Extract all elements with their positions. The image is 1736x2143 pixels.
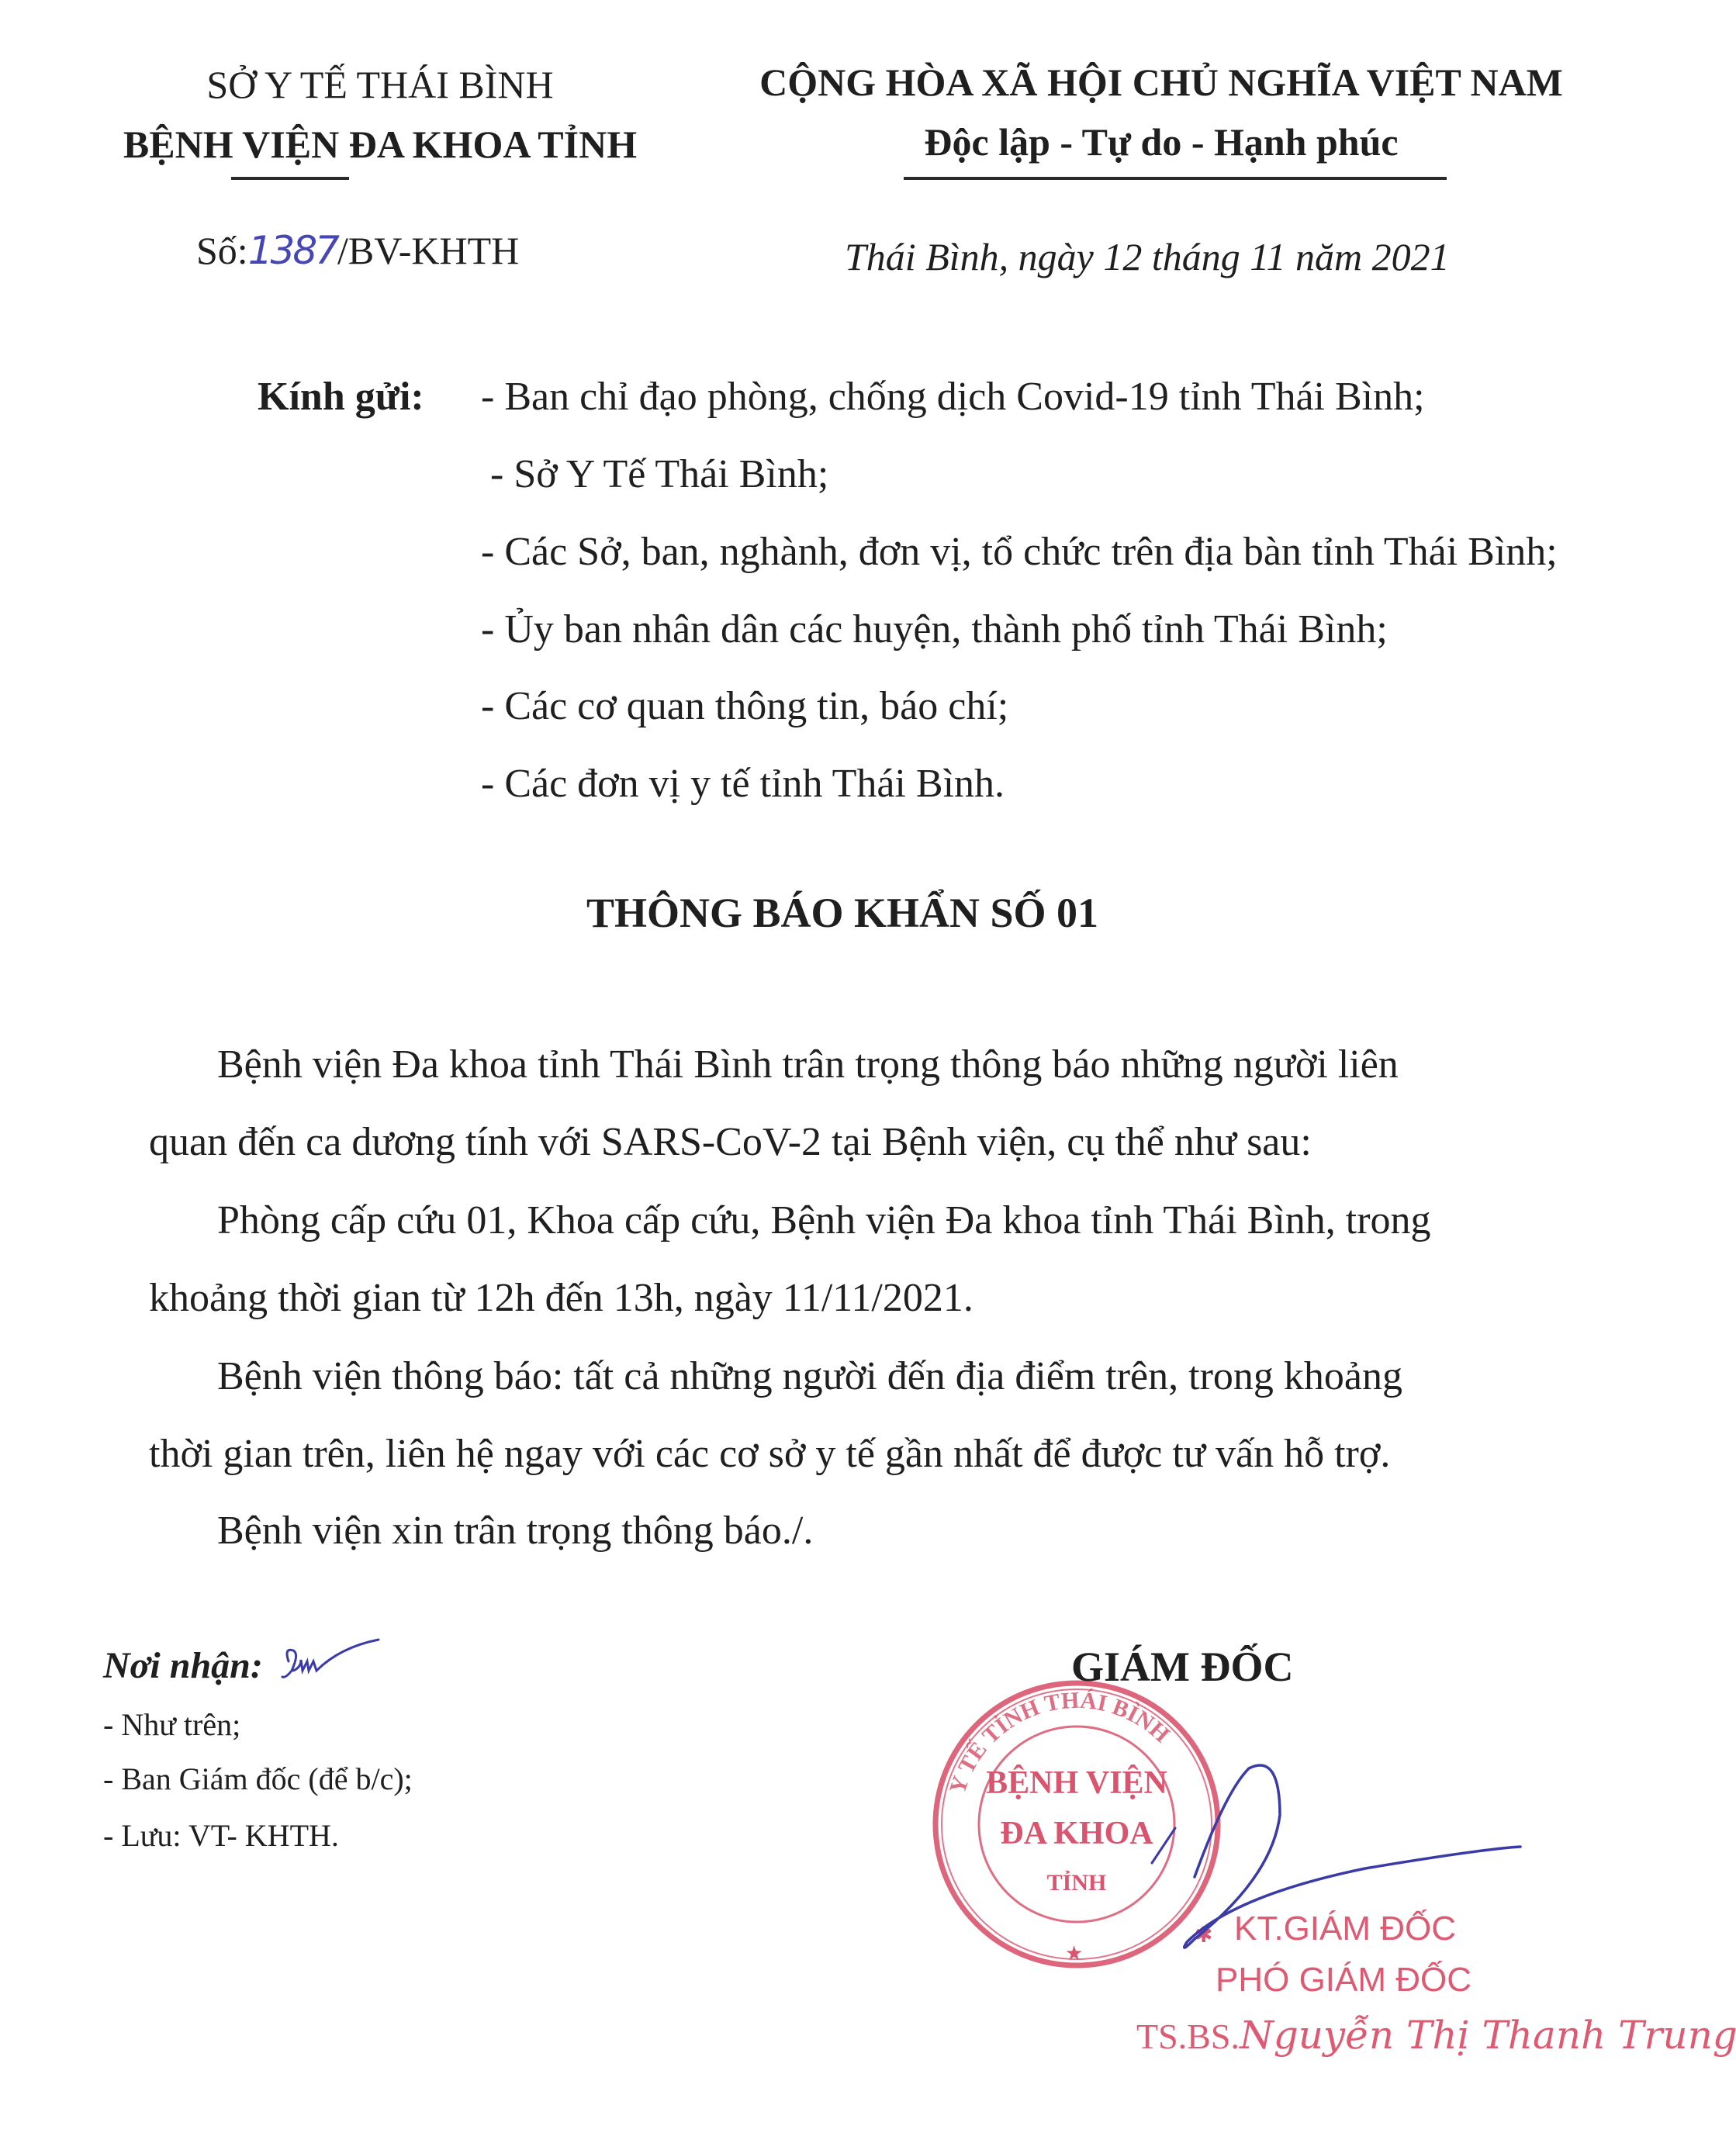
- body-line: Phòng cấp cứu 01, Khoa cấp cứu, Bệnh việ…: [217, 1198, 1431, 1243]
- recipients-label: Kính gửi:: [258, 374, 424, 420]
- place-and-date: Thái Bình, ngày 12 tháng 11 năm 2021: [845, 234, 1450, 279]
- signer-title-prefix: TS.BS.: [1136, 2017, 1240, 2056]
- body-line: khoảng thời gian từ 12h đến 13h, ngày 11…: [149, 1275, 973, 1321]
- body-line: Bệnh viện Đa khoa tỉnh Thái Bình trân tr…: [217, 1042, 1399, 1087]
- national-motto: Độc lập - Tự do - Hạnh phúc: [924, 119, 1398, 164]
- body-line: Bệnh viện thông báo: tất cả những người …: [217, 1353, 1402, 1399]
- distribution-label: Nơi nhận:: [103, 1644, 263, 1687]
- document-number-prefix: Số:: [196, 229, 248, 272]
- signer-heading: GIÁM ĐỐC: [1071, 1643, 1293, 1691]
- document-number: Số:1387/BV-KHTH: [196, 228, 519, 273]
- signer-full-name: Nguyễn Thị Thanh Trung: [1240, 2013, 1736, 2058]
- nation-name: CỘNG HÒA XÃ HỘI CHỦ NGHĨA VIỆT NAM: [759, 60, 1563, 105]
- body-line: quan đến ca dương tính với SARS-CoV-2 tạ…: [149, 1119, 1312, 1165]
- document-number-handwritten: 1387: [248, 228, 337, 273]
- recipient-item: - Các cơ quan thông tin, báo chí;: [481, 683, 1008, 729]
- initials-signature-icon: [279, 1635, 396, 1689]
- notice-title: THÔNG BÁO KHẨN SỐ 01: [586, 889, 1098, 937]
- signer-name: TS.BS.Nguyễn Thị Thanh Trung: [1136, 2013, 1736, 2058]
- on-behalf-title: KT.GIÁM ĐỐC: [1234, 1910, 1456, 1948]
- distribution-item: - Ban Giám đốc (để b/c);: [103, 1761, 413, 1797]
- signer-position: PHÓ GIÁM ĐỐC: [1216, 1961, 1471, 2000]
- distribution-item: - Như trên;: [103, 1706, 240, 1743]
- recipient-item: - Sở Y Tế Thái Bình;: [490, 451, 828, 497]
- distribution-item: - Lưu: VT- KHTH.: [103, 1817, 339, 1854]
- recipient-item: - Ban chỉ đạo phòng, chống dịch Covid-19…: [481, 374, 1425, 420]
- document-number-suffix: /BV-KHTH: [337, 229, 519, 272]
- body-line: thời gian trên, liên hệ ngay với các cơ …: [149, 1431, 1390, 1477]
- right-header-underline: [904, 177, 1447, 180]
- recipient-item: - Ủy ban nhân dân các huyện, thành phố t…: [481, 607, 1388, 652]
- left-header-underline: [231, 177, 349, 180]
- recipient-item: - Các đơn vị y tế tỉnh Thái Bình.: [481, 761, 1005, 807]
- hospital-name: BỆNH VIỆN ĐA KHOA TỈNH: [123, 122, 637, 167]
- body-line: Bệnh viện xin trân trọng thông báo./.: [217, 1508, 813, 1554]
- agency-name: SỞ Y TẾ THÁI BÌNH: [206, 62, 553, 107]
- recipient-item: - Các Sở, ban, nghành, đơn vị, tổ chức t…: [481, 529, 1558, 575]
